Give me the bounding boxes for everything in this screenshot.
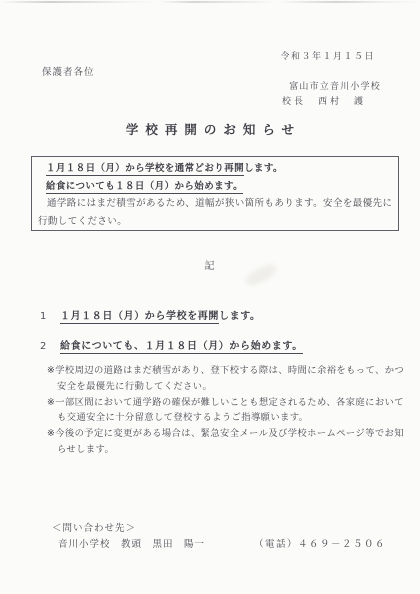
notes-section: ※学校周辺の道路はまだ積雪があり、登下校する際は、時間に余裕をもって、かつ 安全… (47, 363, 387, 458)
recipient-line: 保護者各位 (42, 64, 95, 78)
list-item-1-text-rest: します。 (219, 311, 261, 322)
notice-box-line-1: １月１８日（月）から学校を通常どおり再開します。 (46, 160, 390, 178)
contact-heading: ＜問い合わせ先＞ (52, 520, 136, 534)
notice-box-body-line-2: 行動してください。 (38, 213, 390, 231)
notice-box: １月１８日（月）から学校を通常どおり再開します。 給食についても１８日（月）から… (31, 156, 399, 231)
sender-school: 富山市立音川小学校 (289, 79, 381, 92)
list-item-2: 2給食についても、１月１８日（月）から始めます。 (40, 337, 303, 352)
contact-phone: （電話）４６９－２５０６ (254, 536, 386, 550)
contact-line: 音川小学校 教頭 黒田 陽一（電話）４６９－２５０６ (58, 536, 386, 550)
list-item-2-number: 2 (40, 341, 60, 352)
scan-artifact-top-edge (0, 1, 420, 3)
list-item-2-text-underlined: 給食についても、１月１８日（月）から始めます。 (60, 341, 303, 354)
note-3-line-1: ※今後の予定に変更がある場合は、緊急安全メール及び学校ホームページ等でお知 (47, 426, 387, 442)
notice-box-body-line-1: 通学路にはまだ積雪があるため、道幅が狭い箇所もあります。安全を最優先に (38, 195, 390, 213)
notice-box-line-1-rest: します。 (244, 163, 283, 174)
document-title: 学校再開のお知らせ (0, 120, 420, 138)
record-marker: 記 (0, 257, 420, 272)
notice-box-line-1-underlined: １月１８日（月）から学校を通常どおり再開 (46, 163, 244, 176)
list-item-1: 1１月１８日（月）から学校を再開します。 (40, 307, 261, 322)
list-item-1-number: 1 (40, 311, 60, 322)
scanned-notice-page: 令和３年１月１５日 保護者各位 富山市立音川小学校 校長 西村 護 学校再開のお… (0, 0, 420, 594)
list-item-1-text-underlined: １月１８日（月）から学校を再開 (60, 311, 219, 324)
sender-principal: 校長 西村 護 (282, 94, 366, 107)
document-date: 令和３年１月１５日 (280, 49, 375, 62)
note-1-line-2: 安全を最優先に行動してください。 (47, 379, 387, 395)
notice-box-line-2: 給食についても１８日（月）から始めます。 (46, 178, 390, 196)
note-2-line-1: ※一部区間において通学路の確保が難しいことも想定されるため、各家庭において (47, 395, 387, 411)
note-1-line-1: ※学校周辺の道路はまだ積雪があり、登下校する際は、時間に余裕をもって、かつ (47, 363, 387, 379)
note-2-line-2: も交通安全に十分留意して登校するようご指導願います。 (47, 410, 387, 426)
notice-box-line-2-underlined: 給食についても１８日（月）から始めます。 (46, 181, 243, 194)
contact-name: 音川小学校 教頭 黒田 陽一 (58, 536, 254, 550)
note-3-line-2: らせします。 (47, 442, 387, 458)
